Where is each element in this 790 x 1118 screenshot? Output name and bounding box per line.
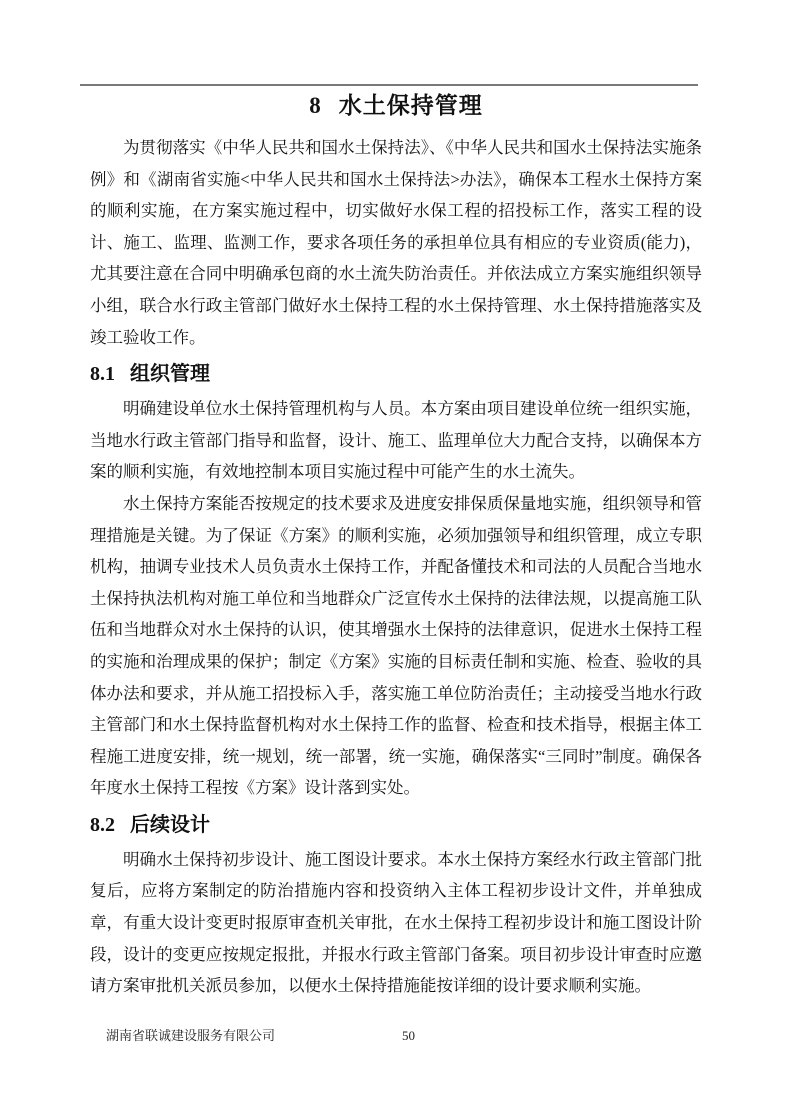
section-heading-text: 组织管理 (130, 363, 210, 385)
section-number: 8.2 (90, 814, 115, 836)
section-heading-text: 后续设计 (130, 814, 210, 836)
chapter-title-text: 水土保持管理 (339, 93, 483, 118)
document-page: 8水土保持管理 为贯彻落实《中华人民共和国水土保持法》、《中华人民共和国水土保持… (0, 0, 790, 1118)
header-rule (80, 84, 698, 86)
chapter-title: 8水土保持管理 (90, 88, 702, 132)
footer-company: 湖南省联诚建设服务有限公司 (106, 1027, 275, 1045)
chapter-number: 8 (309, 93, 321, 118)
section-number: 8.1 (90, 363, 115, 385)
intro-paragraph: 为贯彻落实《中华人民共和国水土保持法》、《中华人民共和国水土保持法实施条例》和《… (90, 132, 702, 353)
footer-page-number: 50 (402, 1027, 415, 1045)
section-8-1-paragraph-1: 明确建设单位水土保持管理机构与人员。本方案由项目建设单位统一组织实施，当地水行政… (90, 393, 702, 488)
section-heading-8-2: 8.2后续设计 (90, 808, 702, 842)
page-footer: 湖南省联诚建设服务有限公司 50 (0, 1027, 790, 1047)
document-body: 8水土保持管理 为贯彻落实《中华人民共和国水土保持法》、《中华人民共和国水土保持… (90, 88, 702, 1002)
section-8-1-paragraph-2: 水土保持方案能否按规定的技术要求及进度安排保质保量地实施，组织领导和管理措施是关… (90, 488, 702, 804)
section-8-2-paragraph-1: 明确水土保持初步设计、施工图设计要求。本水土保持方案经水行政主管部门批复后，应将… (90, 844, 702, 1002)
section-heading-8-1: 8.1组织管理 (90, 357, 702, 391)
